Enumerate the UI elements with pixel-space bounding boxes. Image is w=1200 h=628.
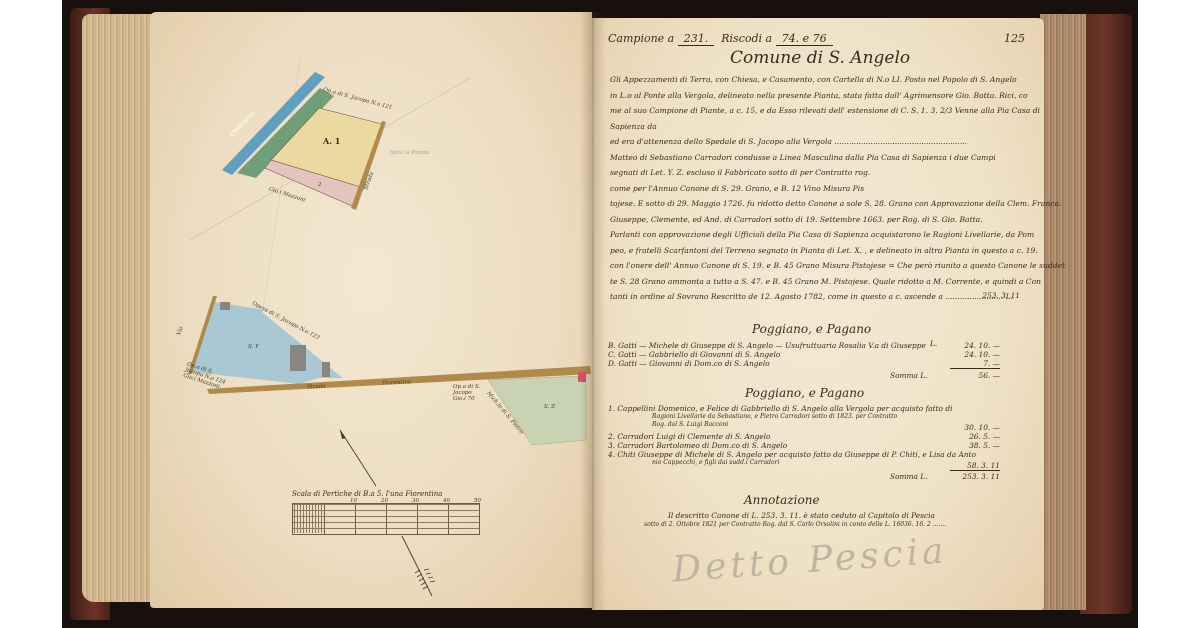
annotation-line: Il descritto Canone di L. 253. 3. 11. è …: [668, 511, 935, 520]
parcel-pink-label: 2: [318, 182, 322, 188]
campione-label: Campione a: [608, 32, 674, 45]
campione-value: 231.: [678, 32, 715, 46]
body-line: con l'onere dell' Annuo Canone di S. 19.…: [610, 258, 1020, 274]
north-arrow-shaft: [340, 430, 376, 486]
annotation-title: Annotazione: [744, 493, 820, 507]
body-line: ed era d'attenenza dello Spedale di S. J…: [610, 134, 1020, 150]
parcel-z-label: S. Z: [544, 404, 555, 410]
row-ref: D. Gatti: [608, 359, 637, 368]
scale-tick: 30: [412, 498, 419, 504]
body-line: me al suo Campione di Piante, a c. 15, e…: [610, 103, 1020, 119]
ledger-row: D. Gatti — Giovanni di Dom.co di S. Ange…: [608, 359, 770, 368]
section2-title: Poggiano, e Pagano: [745, 386, 864, 400]
body-line: Sapienza da: [610, 119, 1020, 135]
body-line: segnati di Let. Y. Z. escluso il Fabbric…: [610, 165, 1020, 181]
body-line: tanti in ordine al Sovrano Rescritto de …: [610, 289, 1020, 305]
body-line: Giuseppe, Clemente, ed And. di Carradori…: [610, 212, 1020, 228]
ledger-row: 4. Chiti Giuseppe di Michele di S. Angel…: [608, 450, 976, 459]
scale-label: Scala di Pertiche di B.a 5. l'una Fioren…: [292, 490, 442, 498]
row-text-cont: Rog. dal S. Luigi Bacconi: [652, 421, 728, 428]
riscodi-label: Riscodi a: [721, 32, 772, 45]
row-text: Giuseppe di Michele di S. Angelo per acq…: [638, 450, 976, 459]
ledger-row: 3. Carradori Bartolomeo di Dom.co di S. …: [608, 441, 787, 450]
pencil-note: fatta la Pianta: [390, 150, 429, 156]
scale-tick: 20: [381, 498, 388, 504]
row-ref: 4. Chiti: [608, 450, 636, 459]
op-right-label: Op.a di S. Jacopo Gio.i 70: [453, 384, 485, 402]
building-shape: [290, 345, 306, 371]
ledger-row: C. Gatti — Gabbriello di Giovanni di S. …: [608, 350, 780, 359]
body-line: tojese. E sotto di 29. Maggio 1726. fu r…: [610, 196, 1020, 212]
annotation-line: sotto di 2. Ottobre 1821 per Contratto R…: [644, 521, 946, 528]
row-text: Bartolomeo di Dom.co di S. Angelo: [656, 441, 787, 450]
row-amount: 26. 5. —: [950, 432, 1000, 441]
row-amount: 24. 10. —: [950, 341, 1000, 350]
ledger-title: Comune di S. Angelo: [730, 48, 910, 68]
scale-tick: 50: [474, 498, 481, 504]
north-arrow-head: [340, 430, 346, 439]
ledger-body: Gli Appezzamenti di Terra, con Chiesa, e…: [610, 72, 1020, 305]
row-amount: 30. 10. —: [950, 423, 1000, 432]
sum-value: 253. 3. 11: [950, 472, 1000, 481]
row-ref: C. Gatti: [608, 350, 637, 359]
book-gutter: [580, 12, 606, 610]
page-number: 125: [1004, 32, 1025, 45]
scale-tick: 40: [443, 498, 450, 504]
body-line: Matteo di Sebastiano Carradori condusse …: [610, 150, 1020, 166]
row-amount: 38. 5. —: [950, 441, 1000, 450]
body-line: Gli Appezzamenti di Terra, con Chiesa, e…: [610, 72, 1020, 88]
ledger-row: B. Gatti — Michele di Giuseppe di S. Ang…: [608, 341, 926, 350]
body-line: in L.o al Ponte alla Vergola, delineato …: [610, 88, 1020, 104]
scale-subdivisions: [292, 503, 323, 533]
row-text: Domenico, e Felice di Gabbriello di S. A…: [658, 404, 953, 413]
body-line: come per l'Annuo Canone di S. 29. Grano,…: [610, 181, 1020, 197]
row-ref: 1. Cappellini: [608, 404, 656, 413]
row-currency: L.: [930, 339, 937, 348]
section1-title: Poggiano, e Pagano: [752, 322, 871, 336]
ledger-header: Campione a 231. Riscodi a 74. e 76: [608, 32, 833, 45]
row-amount: 7. —: [950, 359, 1000, 369]
riscodi-value: 74. e 76: [776, 32, 833, 46]
row-text: Gabbriello di Giovanni di S. Angelo: [649, 350, 781, 359]
row-ref: B. Gatti: [608, 341, 637, 350]
scale-tick: 10: [350, 498, 357, 504]
ledger-row: 1. Cappellini Domenico, e Felice di Gabb…: [608, 404, 952, 413]
ledger-row: 2. Carradori Luigi di Clemente di S. Ang…: [608, 432, 770, 441]
arrow-feather-icon: [415, 569, 435, 589]
sum-label: Somma L.: [890, 371, 928, 380]
row-text-cont: Ragioni Livellarie da Sebastiano, e Piet…: [652, 413, 897, 420]
parcel-y-label: S. Y: [248, 344, 259, 350]
body-line: Parlanti con approvazione degli Ufficial…: [610, 227, 1020, 243]
row-text: Michele di Giuseppe di S. Angelo — Usufr…: [649, 341, 926, 350]
sum-value: 56. —: [950, 371, 1000, 380]
row-ref: 2. Carradori: [608, 432, 654, 441]
paragraph-total: 253. 3. 11: [975, 291, 1020, 300]
road-main-label-1: Strada: [307, 384, 326, 391]
sum-label: Somma L.: [890, 472, 928, 481]
row-amount: 24. 10. —: [950, 350, 1000, 359]
parcel-a-label: A. 1: [323, 136, 340, 146]
row-text: Luigi di Clemente di S. Angelo: [656, 432, 770, 441]
row-text: Giovanni di Dom.co di S. Angelo: [649, 359, 770, 368]
row-text-cont: nio Cappecchi, e figli dai sudd.i Carrad…: [652, 459, 779, 466]
body-line: te S. 28 Grano ammonta a tutto a S. 47. …: [610, 274, 1020, 290]
row-amount: 58. 3. 11: [950, 461, 1000, 471]
row-ref: 3. Carradori: [608, 441, 654, 450]
body-line: peo, e fratelli Scarfantoni del Terreno …: [610, 243, 1020, 259]
